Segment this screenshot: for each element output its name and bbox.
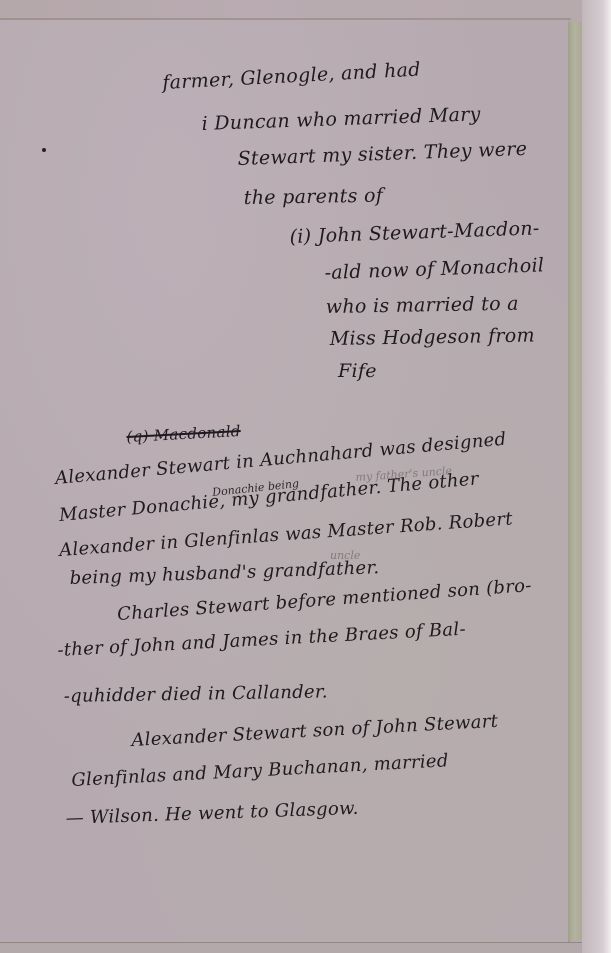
page-bottom-edge	[0, 942, 582, 953]
page-right-edge	[568, 22, 582, 940]
text-line: the parents of	[244, 185, 384, 209]
ink-speck	[42, 148, 46, 152]
text-line: who is married to a	[326, 293, 519, 318]
scan-margin	[582, 0, 611, 953]
text-line: Miss Hodgeson from	[330, 324, 535, 350]
text-line: Fife	[338, 360, 377, 382]
